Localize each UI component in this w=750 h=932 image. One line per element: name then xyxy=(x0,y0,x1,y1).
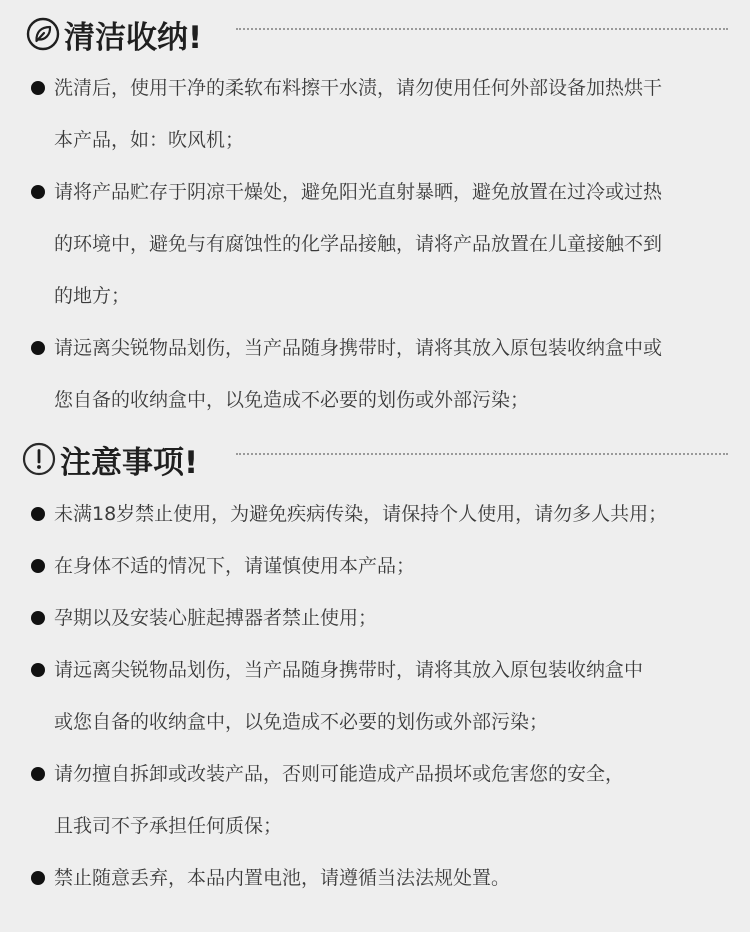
section-title: 注意事项! xyxy=(60,437,198,482)
bullet-icon xyxy=(31,341,45,355)
bullet-icon xyxy=(31,767,45,781)
bullet-icon xyxy=(31,611,45,625)
section-header-precautions: 注意事项! xyxy=(22,437,198,481)
list-item: 请勿擅自拆卸或改装产品，否则可能造成产品损坏或危害您的安全， 且我司不予承担任何… xyxy=(0,748,750,852)
exclamation-circle-icon xyxy=(22,442,56,476)
list-item: 未满18岁禁止使用，为避免疾病传染，请保持个人使用，请勿多人共用； xyxy=(0,488,750,540)
leaf-icon xyxy=(26,17,60,51)
list-item: 孕期以及安装心脏起搏器者禁止使用； xyxy=(0,592,750,644)
bullet-icon xyxy=(31,871,45,885)
list-item: 请远离尖锐物品划伤，当产品随身携带时，请将其放入原包装收纳盒中 或您自备的收纳盒… xyxy=(0,644,750,748)
section-title: 清洁收纳! xyxy=(64,12,202,57)
list-item: 洗清后，使用干净的柔软布料擦干水渍，请勿使用任何外部设备加热烘干 本产品，如：吹… xyxy=(0,62,750,166)
list-item: 禁止随意丢弃，本品内置电池，请遵循当法法规处置。 xyxy=(0,852,750,904)
list-item: 请远离尖锐物品划伤，当产品随身携带时，请将其放入原包装收纳盒中或 您自备的收纳盒… xyxy=(0,322,750,426)
section-divider xyxy=(236,453,728,455)
bullet-icon xyxy=(31,81,45,95)
cleaning-list: 洗清后，使用干净的柔软布料擦干水渍，请勿使用任何外部设备加热烘干 本产品，如：吹… xyxy=(0,62,750,426)
bullet-icon xyxy=(31,663,45,677)
section-header-cleaning: 清洁收纳! xyxy=(26,12,202,56)
bullet-icon xyxy=(31,185,45,199)
precautions-list: 未满18岁禁止使用，为避免疾病传染，请保持个人使用，请勿多人共用； 在身体不适的… xyxy=(0,488,750,904)
section-divider xyxy=(236,28,728,30)
list-item: 在身体不适的情况下，请谨慎使用本产品； xyxy=(0,540,750,592)
bullet-icon xyxy=(31,559,45,573)
bullet-icon xyxy=(31,507,45,521)
list-item: 请将产品贮存于阴凉干燥处，避免阳光直射暴晒，避免放置在过冷或过热 的环境中，避免… xyxy=(0,166,750,322)
